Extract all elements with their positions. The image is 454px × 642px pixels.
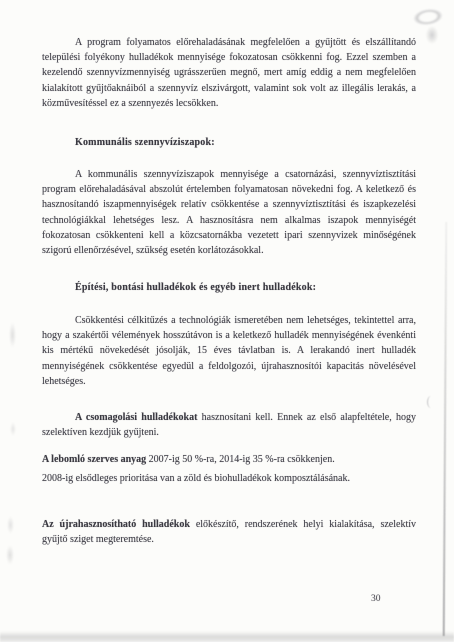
- paragraph-communal-sludge: A kommunális szennyvíziszapok mennyisége…: [42, 167, 416, 258]
- page-number: 30: [371, 594, 381, 604]
- scan-smudge-left-4: [6, 545, 14, 565]
- line-organic-waste-target-rest: 2007-ig 50 %-ra, 2014-ig 35 %-ra csökken…: [146, 454, 335, 465]
- paragraph-inert-waste: Csökkentési célkitűzés a technológiák is…: [42, 313, 416, 389]
- paragraph-packaging-waste-lead: A csomagolási hulladékokat: [75, 412, 197, 423]
- scan-smudge-left-1: [9, 322, 16, 348]
- scan-paren-mark: [427, 396, 435, 408]
- heading-communal-sludge: Kommunális szennyvíziszapok:: [75, 137, 215, 148]
- scan-smudge-top-right-2: [425, 25, 439, 45]
- paragraph-packaging-waste: A csomagolási hulladékokat hasznosítani …: [42, 410, 416, 440]
- paragraph-recyclable-waste-lead: Az újrahasznosítható hulladékok: [42, 519, 190, 530]
- line-organic-waste-target: A lebomló szerves anyag 2007-ig 50 %-ra,…: [42, 452, 416, 467]
- line-organic-waste-target-lead: A lebomló szerves anyag: [42, 454, 146, 465]
- paragraph-recyclable-waste: Az újrahasznosítható hulladékok előkészí…: [42, 517, 416, 547]
- heading-construction-waste: Építési, bontási hulladékok és egyéb ine…: [75, 282, 316, 293]
- paragraph-liquid-waste: A program folyamatos előrehaladásának me…: [42, 35, 416, 111]
- scanned-document-page: A program folyamatos előrehaladásának me…: [0, 0, 454, 642]
- scan-smudge-left-2: [10, 422, 16, 436]
- scan-smudge-left-3: [7, 516, 14, 534]
- line-composting-priority: 2008-ig elsődleges prioritása van a zöld…: [42, 471, 416, 486]
- scan-smudge-top-right: [412, 7, 444, 27]
- scan-shadow-bottom: [0, 631, 454, 642]
- scan-edge-line-right: [443, 222, 448, 636]
